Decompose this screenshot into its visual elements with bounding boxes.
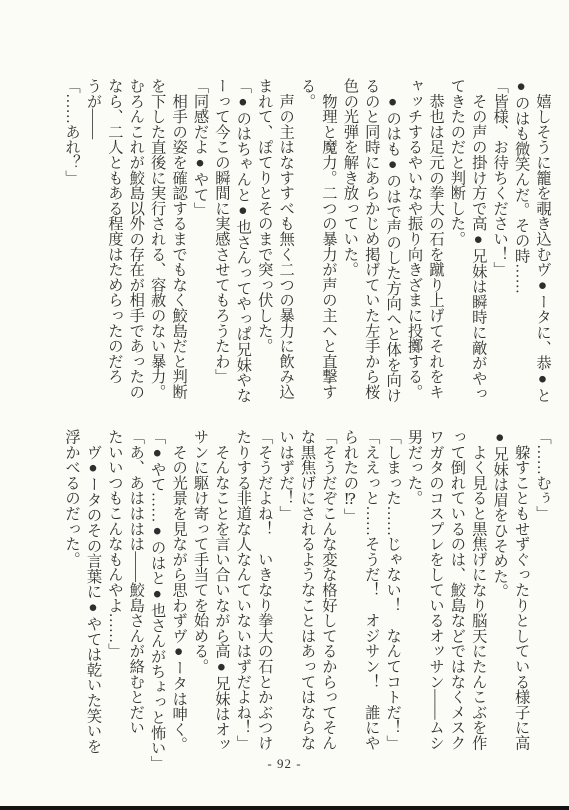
text-column: 「●のはちゃんと●也さんってやっぱ兄妹やな [232, 78, 253, 404]
text-column: 「そうだぞこんな変な格好してるからってそん [318, 429, 339, 755]
text-column: てきたのだと判断した。 [446, 78, 467, 404]
text-column: むろんこれが鮫島以外の存在が相手であったの [125, 78, 146, 404]
text-column: を下した直後に実行される、容赦のない暴力。 [146, 78, 167, 404]
text-column: な黒焦げにされるようなことはあってはならな [296, 429, 317, 755]
text-column: 声の主はなすすべも無く二つの暴力に飲み込 [275, 78, 296, 404]
text-column: ●兄妹は眉をひそめた。 [489, 429, 510, 755]
text-column: ワガタのコスプレをしているオッサン――ムシ [425, 429, 446, 755]
text-column: 「●やて……●のはと●也さんがちょっと怖い」 [146, 429, 167, 755]
text-column: その光景を見ながら思わずヴ●ータは呻く。 [168, 429, 189, 755]
text-column: 嬉しそうに籠を覗き込むヴ●ータに、恭●と [532, 78, 553, 404]
text-column: ーって今この瞬間に実感させてもろうたわ」 [211, 78, 232, 404]
text-column: 「同感だよ●やて」 [189, 78, 210, 404]
text-column: ヴ●ータのその言葉に●やては乾いた笑いを [82, 429, 103, 755]
text-column: る。 [296, 78, 317, 404]
text-column: なら、二人ともある程度はためらったのだろ [103, 78, 124, 404]
text-column: 男だった。 [403, 429, 424, 755]
text-column: 相手の姿を確認するまでもなく鮫島だと判断 [168, 78, 189, 404]
text-column: るのと同時にあらかじめ掲げていた左手から桜 [360, 78, 381, 404]
text-column: サンに駆け寄って手当てを始める。 [189, 429, 210, 755]
page-number: - 92 - [0, 756, 569, 772]
text-column: そんなことを言い合いながら高●兄妹はオッ [211, 429, 232, 755]
text-block-bottom: 「……むぅ」 躱すこともせずぐったりとしている様子に高●兄妹は眉をひそめた。 よ… [61, 429, 553, 755]
text-column: まれて、ぽてりとそのまで突っ伏した。 [253, 78, 274, 404]
text-column: られたの⁉」 [339, 429, 360, 755]
text-column: うが―― [82, 78, 103, 404]
text-column: ●のはも●のはで声のした方向へと体を向け [382, 78, 403, 404]
text-column: よく見ると黒焦げになり脳天にたんこぶを作 [467, 429, 488, 755]
text-column: 恭也は足元の拳大の石を蹴り上げてそれをキ [425, 78, 446, 404]
text-column: その声の掛け方で高●兄妹は瞬時に敵がやっ [467, 78, 488, 404]
text-column: 「あ、あはははは――鮫島さんが絡むとだい [125, 429, 146, 755]
text-column: 「……あれ？」 [61, 78, 82, 404]
text-column: 浮かべるのだった。 [61, 429, 82, 755]
text-column: 物理と魔力。二つの暴力が声の主へと直撃す [318, 78, 339, 404]
text-column: いはずだ！」 [275, 429, 296, 755]
text-column: たいいつもこんなもんやよ……」 [103, 429, 124, 755]
text-column: 「……むぅ」 [532, 429, 553, 755]
text-column: 色の光弾を解き放っていた。 [339, 78, 360, 404]
text-column: 「ええっと……そうだ！ オジサン！ 誰にや [360, 429, 381, 755]
text-column: って倒れているのは、鮫島などではなくメスク [446, 429, 467, 755]
text-column: 「皆様、お待ちください！」 [489, 78, 510, 404]
text-block-top: 嬉しそうに籠を覗き込むヴ●ータに、恭●と●のはも微笑んだ。その時……「皆様、お待… [61, 78, 553, 404]
text-column: 「しまった……じゃない！ なんてコトだ！」 [382, 429, 403, 755]
text-column: ャッチするやいなや振り向きざまに投擲する。 [403, 78, 424, 404]
text-column: 躱すこともせずぐったりとしている様子に高 [510, 429, 531, 755]
text-column: たりする非道な人なんていないはずだよね！」 [232, 429, 253, 755]
text-column: ●のはも微笑んだ。その時…… [510, 78, 531, 404]
novel-page: 嬉しそうに籠を覗き込むヴ●ータに、恭●と●のはも微笑んだ。その時……「皆様、お待… [0, 0, 569, 810]
text-column: 「そうだよね！ いきなり拳大の石とかぶつけ [253, 429, 274, 755]
